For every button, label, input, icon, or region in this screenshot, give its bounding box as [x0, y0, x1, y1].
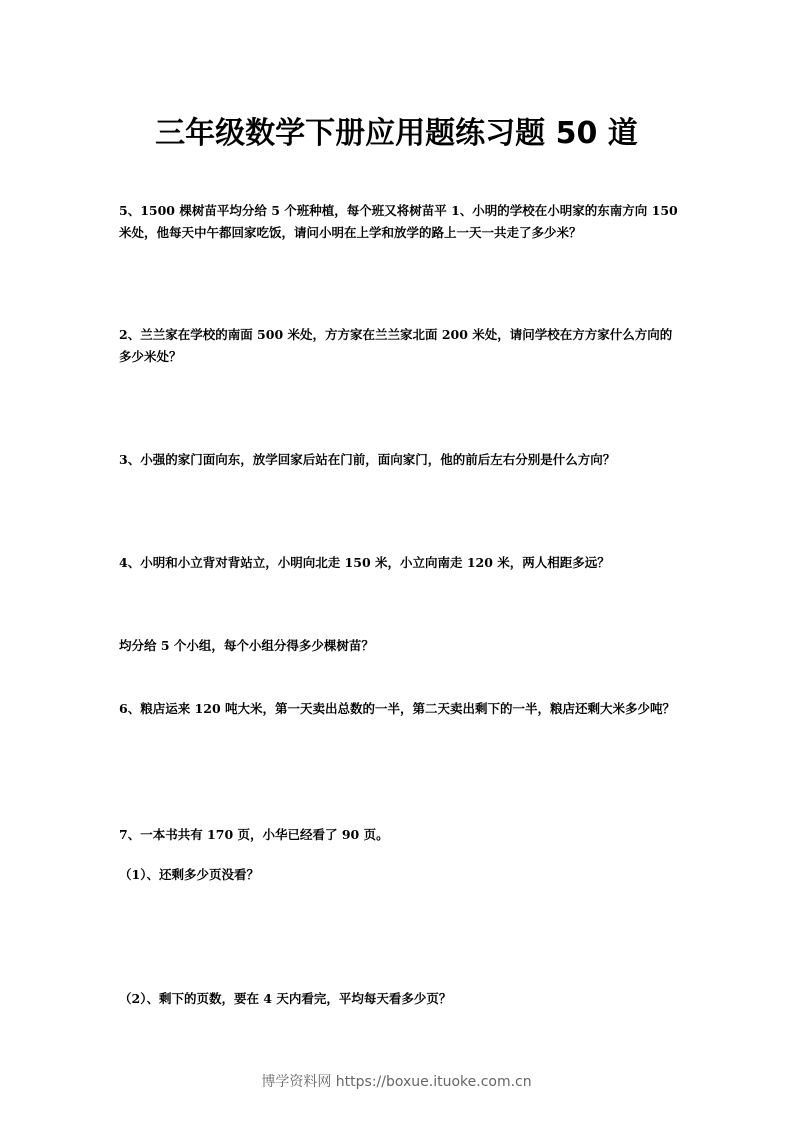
question-5-and-1: 5、1500 棵树苗平均分给 5 个班种植，每个班又将树苗平 1、小明的学校在小… — [119, 200, 679, 244]
page-title: 三年级数学下册应用题练习题 50 道 — [0, 108, 793, 152]
question-7-part-2: （2）、剩下的页数，要在 4 天内看完，平均每天看多少页？ — [119, 988, 679, 1010]
question-7-part-1: （1）、还剩多少页没看？ — [119, 864, 679, 886]
question-4: 4、小明和小立背对背站立，小明向北走 150 米，小立向南走 120 米，两人相… — [119, 552, 679, 574]
question-6: 6、粮店运来 120 吨大米，第一天卖出总数的一半，第二天卖出剩下的一半，粮店还… — [119, 698, 679, 720]
question-5-continued: 均分给 5 个小组，每个小组分得多少棵树苗？ — [119, 635, 679, 657]
question-7: 7、一本书共有 170 页，小华已经看了 90 页。 — [119, 824, 679, 846]
question-3: 3、小强的家门面向东，放学回家后站在门前，面向家门，他的前后左右分别是什么方向？ — [119, 449, 679, 471]
footer-watermark: 博学资料网 https://boxue.ituoke.com.cn — [0, 1071, 793, 1091]
question-2: 2、兰兰家在学校的南面 500 米处，方方家在兰兰家北面 200 米处，请问学校… — [119, 324, 679, 368]
